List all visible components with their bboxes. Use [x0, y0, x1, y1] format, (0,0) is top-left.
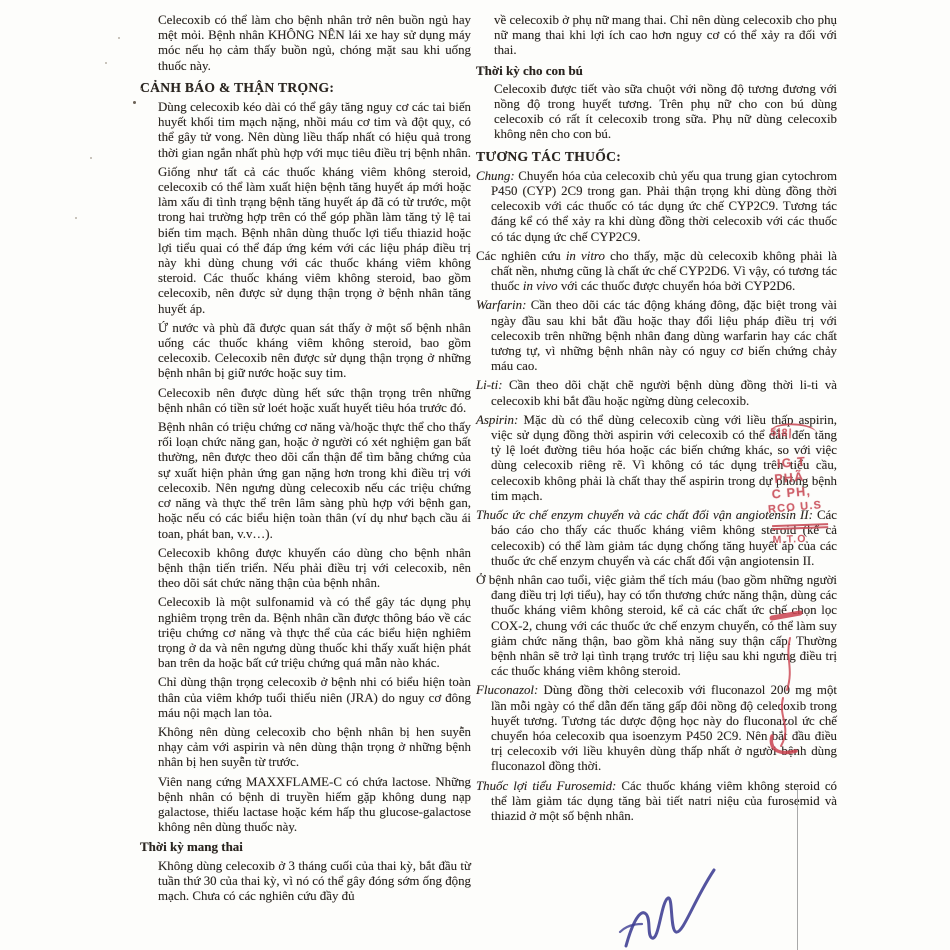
document-page: Celecoxib có thể làm cho bệnh nhân trở n…: [0, 0, 950, 950]
paragraph: Li-ti: Cần theo dõi chặt chẽ người bệnh …: [491, 378, 837, 408]
text-run: Không nên dùng celecoxib cho bệnh nhân b…: [158, 725, 471, 769]
text-run: Celecoxib nên được dùng hết sức thận trọ…: [158, 386, 471, 415]
text-run: Celecoxib được tiết vào sữa chuột với nồ…: [494, 82, 837, 142]
text-run: Ứ nước và phù đã được quan sát thấy ở mộ…: [158, 321, 471, 381]
paragraph: Không nên dùng celecoxib cho bệnh nhân b…: [158, 725, 471, 771]
paragraph: Chung: Chuyển hóa của celecoxib chủ yếu …: [491, 169, 837, 245]
paragraph: Celecoxib là một sulfonamid và có thể gâ…: [158, 595, 471, 671]
text-run: Giống như tất cả các thuốc kháng viêm kh…: [158, 165, 471, 316]
paragraph: Celecoxib không được khuyến cáo dùng cho…: [158, 546, 471, 592]
section-heading: TƯƠNG TÁC THUỐC:: [476, 149, 837, 164]
scan-speckle: [75, 217, 77, 219]
text-run: Bệnh nhân có triệu chứng cơ năng và/hoặc…: [158, 420, 471, 540]
paragraph: Chỉ dùng thận trọng celecoxib ở bệnh nhi…: [158, 675, 471, 721]
paragraph: Celecoxib được tiết vào sữa chuột với nồ…: [494, 82, 837, 143]
paragraph: Celecoxib có thể làm cho bệnh nhân trở n…: [158, 13, 471, 74]
text-run: Chỉ dùng thận trọng celecoxib ở bệnh nhi…: [158, 675, 471, 719]
paragraph: về celecoxib ở phụ nữ mang thai. Chỉ nên…: [494, 13, 837, 59]
text-run: Celecoxib không được khuyến cáo dùng cho…: [158, 546, 471, 590]
stamp-text-fragment: 5|8|: [770, 423, 817, 443]
text-run: Dùng celecoxib kéo dài có thể gây tăng n…: [158, 100, 471, 160]
paragraph: Giống như tất cả các thuốc kháng viêm kh…: [158, 165, 471, 317]
paragraph: Bệnh nhân có triệu chứng cơ năng và/hoặc…: [158, 420, 471, 542]
text-run: Thuốc lợi tiểu Furosemid:: [476, 779, 616, 793]
stamp-footer-fragment: M.T.O: [772, 523, 829, 548]
paragraph: Thuốc lợi tiểu Furosemid: Các thuốc khán…: [491, 779, 837, 825]
scan-speckle: [118, 37, 120, 39]
signature-scribble: [616, 866, 728, 950]
text-run: Fluconazol:: [476, 683, 538, 697]
scan-speckle: [105, 62, 107, 64]
paragraph: Viên nang cứng MAXXFLAME-C có chứa lacto…: [158, 775, 471, 836]
ink-stamp: 5|8|IG TPHÃC PH,RCO U.SM.T.O: [761, 418, 861, 549]
paragraph: Ứ nước và phù đã được quan sát thấy ở mộ…: [158, 321, 471, 382]
text-run: với các thuốc được chuyển hóa bởi CYP2D6…: [558, 279, 796, 293]
scan-speckle: [133, 101, 136, 104]
text-run: Warfarin:: [476, 298, 526, 312]
scan-speckle: [90, 157, 92, 159]
text-run: Celecoxib có thể làm cho bệnh nhân trở n…: [158, 13, 471, 73]
text-run: in vivo: [523, 279, 558, 293]
paragraph: Các nghiên cứu in vitro cho thấy, mặc dù…: [491, 249, 837, 295]
scan-speckle: [140, 88, 142, 90]
text-run: Chung:: [476, 169, 515, 183]
scan-fold-line: [797, 788, 798, 950]
section-heading: Thời kỳ cho con bú: [476, 63, 837, 78]
red-pen-scribble: [768, 610, 810, 760]
text-run: Thuốc ức chế enzym chuyển và các chất đố…: [476, 508, 813, 522]
text-run: Chuyển hóa của celecoxib chủ yếu qua tru…: [491, 169, 837, 244]
left-column: Celecoxib có thể làm cho bệnh nhân trở n…: [140, 13, 471, 908]
text-run: Không dùng celecoxib ở 3 tháng cuối của …: [158, 859, 471, 903]
paragraph: Warfarin: Cần theo dõi các tác động khán…: [491, 298, 837, 374]
paragraph: Celecoxib nên được dùng hết sức thận trọ…: [158, 386, 471, 416]
paragraph: Không dùng celecoxib ở 3 tháng cuối của …: [158, 859, 471, 905]
text-run: về celecoxib ở phụ nữ mang thai. Chỉ nên…: [494, 13, 837, 57]
text-run: in vitro: [566, 249, 605, 263]
text-run: Aspirin:: [476, 413, 518, 427]
text-run: Viên nang cứng MAXXFLAME-C có chứa lacto…: [158, 775, 471, 835]
section-heading: Thời kỳ mang thai: [140, 839, 471, 854]
text-run: Cần theo dõi các tác động kháng đông, đặ…: [491, 298, 837, 373]
text-run: Celecoxib là một sulfonamid và có thể gâ…: [158, 595, 471, 670]
text-run: Các nghiên cứu: [476, 249, 566, 263]
text-run: Li-ti:: [476, 378, 503, 392]
paragraph: Dùng celecoxib kéo dài có thể gây tăng n…: [158, 100, 471, 161]
text-run: Cần theo dõi chặt chẽ người bệnh dùng đồ…: [491, 378, 837, 407]
section-heading: CẢNH BÁO & THẬN TRỌNG:: [140, 80, 471, 95]
